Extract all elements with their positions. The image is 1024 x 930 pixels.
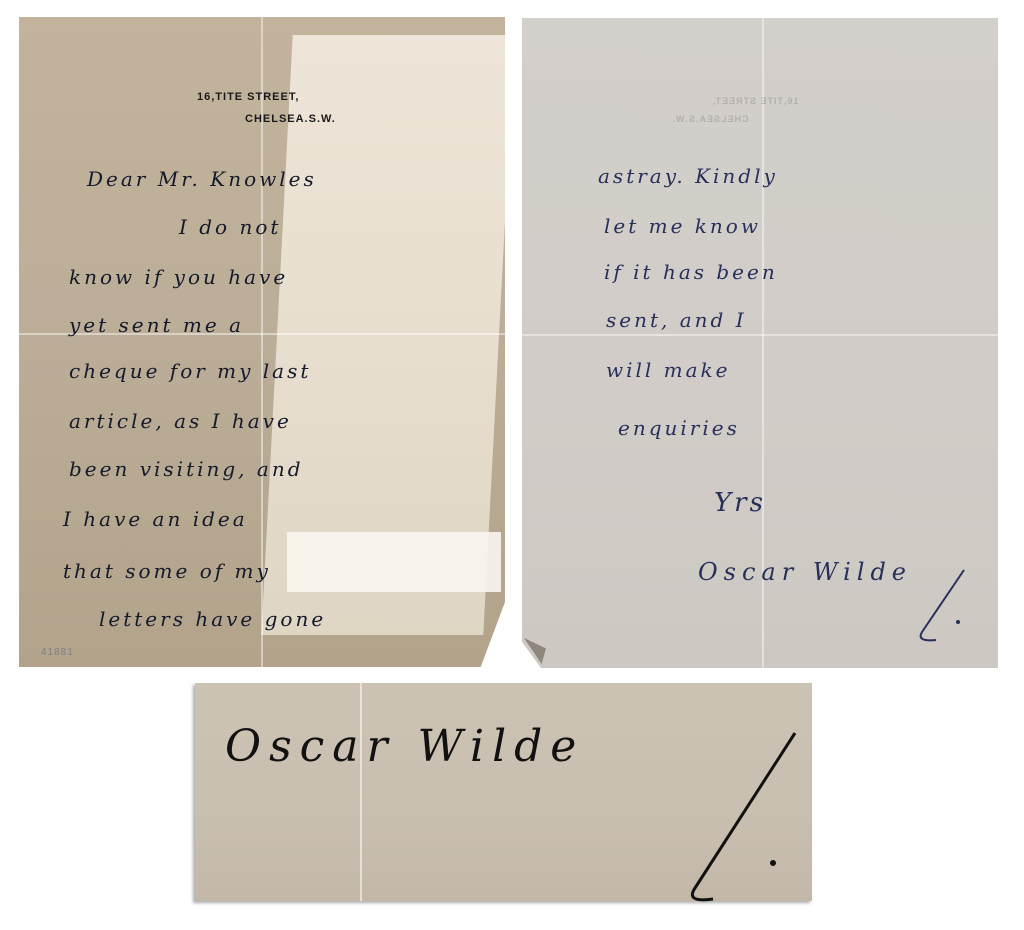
letterhead-line-2: CHELSEA.S.W. <box>245 113 336 125</box>
bleed-through-letterhead-1: 16,TITE STREET, <box>712 96 799 106</box>
signature-small: Oscar Wilde <box>698 558 912 586</box>
paper-reflection-patch <box>287 532 501 592</box>
letterhead-line-1: 16,TITE STREET, <box>197 91 299 103</box>
handwriting-line: that some of my <box>63 559 271 583</box>
fold-line-vertical <box>360 683 362 901</box>
signature-large: Oscar Wilde <box>225 721 584 772</box>
letter-page-1: 16,TITE STREET, CHELSEA.S.W. Dear Mr. Kn… <box>19 17 505 667</box>
handwriting-line: sent, and I <box>606 308 747 332</box>
handwriting-line: yet sent me a <box>69 313 244 337</box>
handwriting-line: been visiting, and <box>69 457 304 481</box>
handwriting-line: I have an idea <box>63 507 248 531</box>
letter-page-2: 16,TITE STREET, CHELSEA.S.W. astray. Kin… <box>522 18 998 668</box>
handwriting-line: letters have gone <box>99 607 326 631</box>
handwriting-line: will make <box>606 358 731 382</box>
handwriting-line: let me know <box>604 214 761 238</box>
handwriting-line: know if you have <box>69 265 288 289</box>
handwriting-line: astray. Kindly <box>598 164 778 188</box>
handwriting-line: Dear Mr. Knowles <box>87 167 317 191</box>
handwriting-line: I do not <box>179 215 281 239</box>
fold-line-horizontal <box>522 334 998 336</box>
handwriting-line: enquiries <box>618 416 740 440</box>
signature-enlargement: Oscar Wilde <box>195 683 812 901</box>
bleed-through-letterhead-2: CHELSEA.S.W. <box>672 114 749 124</box>
handwriting-line: article, as I have <box>69 409 292 433</box>
signature-flourish <box>655 713 805 903</box>
archive-number: 41881 <box>41 647 74 658</box>
handwriting-line: if it has been <box>604 260 778 284</box>
handwriting-line: cheque for my last <box>69 359 311 383</box>
closing-text: Yrs <box>714 488 766 518</box>
signature-flourish <box>902 566 982 646</box>
